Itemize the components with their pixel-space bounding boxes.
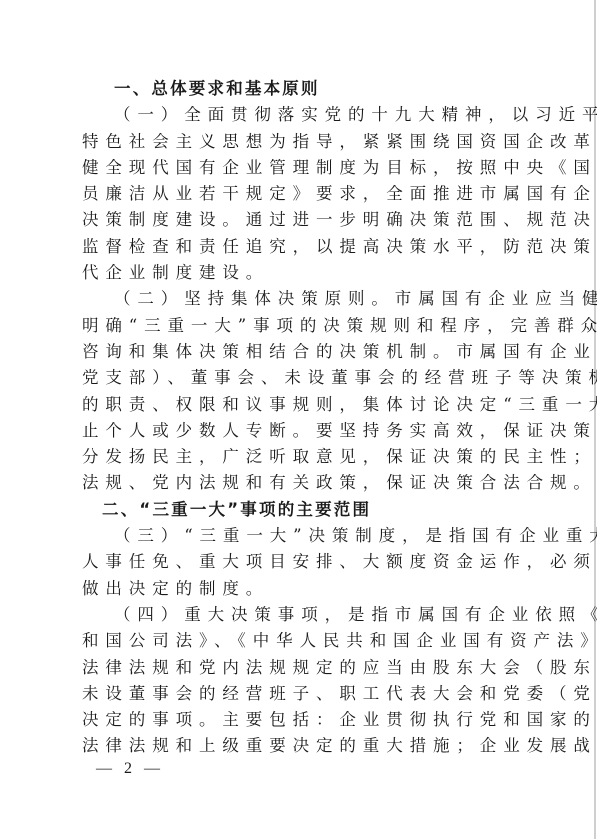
paragraph-3: （三）“三重一大”决策制度，是指国有企业重大决策、重要 人事任免、重大项目安排、… [82,523,522,602]
text-line: 代企业制度建设。 [82,260,522,286]
text-line: 法律法规和党内法规规定的应当由股东大会（股东会）、董事会、 [82,655,522,681]
paragraph-2: （二）坚持集体决策原则。市属国有企业应当健全议事规则， 明确“三重一大”事项的决… [82,286,522,496]
paragraph-1: （一）全面贯彻落实党的十九大精神，以习近平新时代中国 特色社会主义思想为指导，紧… [82,102,522,286]
text-line: 特色社会主义思想为指导，紧紧围绕国资国企改革发展，以建立 [82,129,522,155]
text-line: （三）“三重一大”决策制度，是指国有企业重大决策、重要 [82,523,522,549]
text-line: 员廉洁从业若干规定》要求，全面推进市属国有企业“三重一大” [82,181,522,207]
text-line: 监督检查和责任追究，以提高决策水平，防范决策风险，推进现 [82,234,522,260]
text-line: 健全现代国有企业管理制度为目标，按照中央《国有企业领导人 [82,155,522,181]
text-line: 和国公司法》、《中华人民共和国企业国有资产法》以及其他有关 [82,628,522,654]
text-line: 做出决定的制度。 [82,576,522,602]
text-line: 未设董事会的经营班子、职工代表大会和党委（党总支、党支部） [82,681,522,707]
page-number: — 2 — [96,760,164,778]
text-line: 的职责、权限和议事规则，集体讨论决定“三重一大”事项，防 [82,392,522,418]
text-line: 咨询和集体决策相结合的决策机制。市属国有企业党委（党总支、 [82,339,522,365]
text-line: 止个人或少数人专断。要坚持务实高效，保证决策的科学性；充 [82,418,522,444]
text-line: （二）坚持集体决策原则。市属国有企业应当健全议事规则， [82,286,522,312]
text-line: （一）全面贯彻落实党的十九大精神，以习近平新时代中国 [82,102,522,128]
section-heading-1: 一、总体要求和基本原则 [82,76,522,102]
text-line: 决定的事项。主要包括：企业贯彻执行党和国家的路线方针政策、 [82,707,522,733]
text-line: 党支部）、董事会、未设董事会的经营班子等决策机构要依据各自 [82,365,522,391]
text-line: （四）重大决策事项，是指市属国有企业依照《中华人民共 [82,602,522,628]
section-heading-2: 二、“三重一大”事项的主要范围 [82,497,522,523]
text-line: 决策制度建设。通过进一步明确决策范围、规范决策程序、强化 [82,207,522,233]
document-body: 一、总体要求和基本原则 （一）全面贯彻落实党的十九大精神，以习近平新时代中国 特… [82,76,522,760]
text-line: 法律法规和上级重要决定的重大措施；企业发展战略、重要改革 [82,733,522,759]
text-line: 人事任免、重大项目安排、大额度资金运作，必须经过集体讨论 [82,549,522,575]
text-line: 法规、党内法规和有关政策，保证决策合法合规。 [82,470,522,496]
text-line: 分发扬民主，广泛听取意见，保证决策的民主性；遵守国家法律 [82,444,522,470]
paragraph-4: （四）重大决策事项，是指市属国有企业依照《中华人民共 和国公司法》、《中华人民共… [82,602,522,760]
text-line: 明确“三重一大”事项的决策规则和程序，完善群众参与、专家 [82,313,522,339]
